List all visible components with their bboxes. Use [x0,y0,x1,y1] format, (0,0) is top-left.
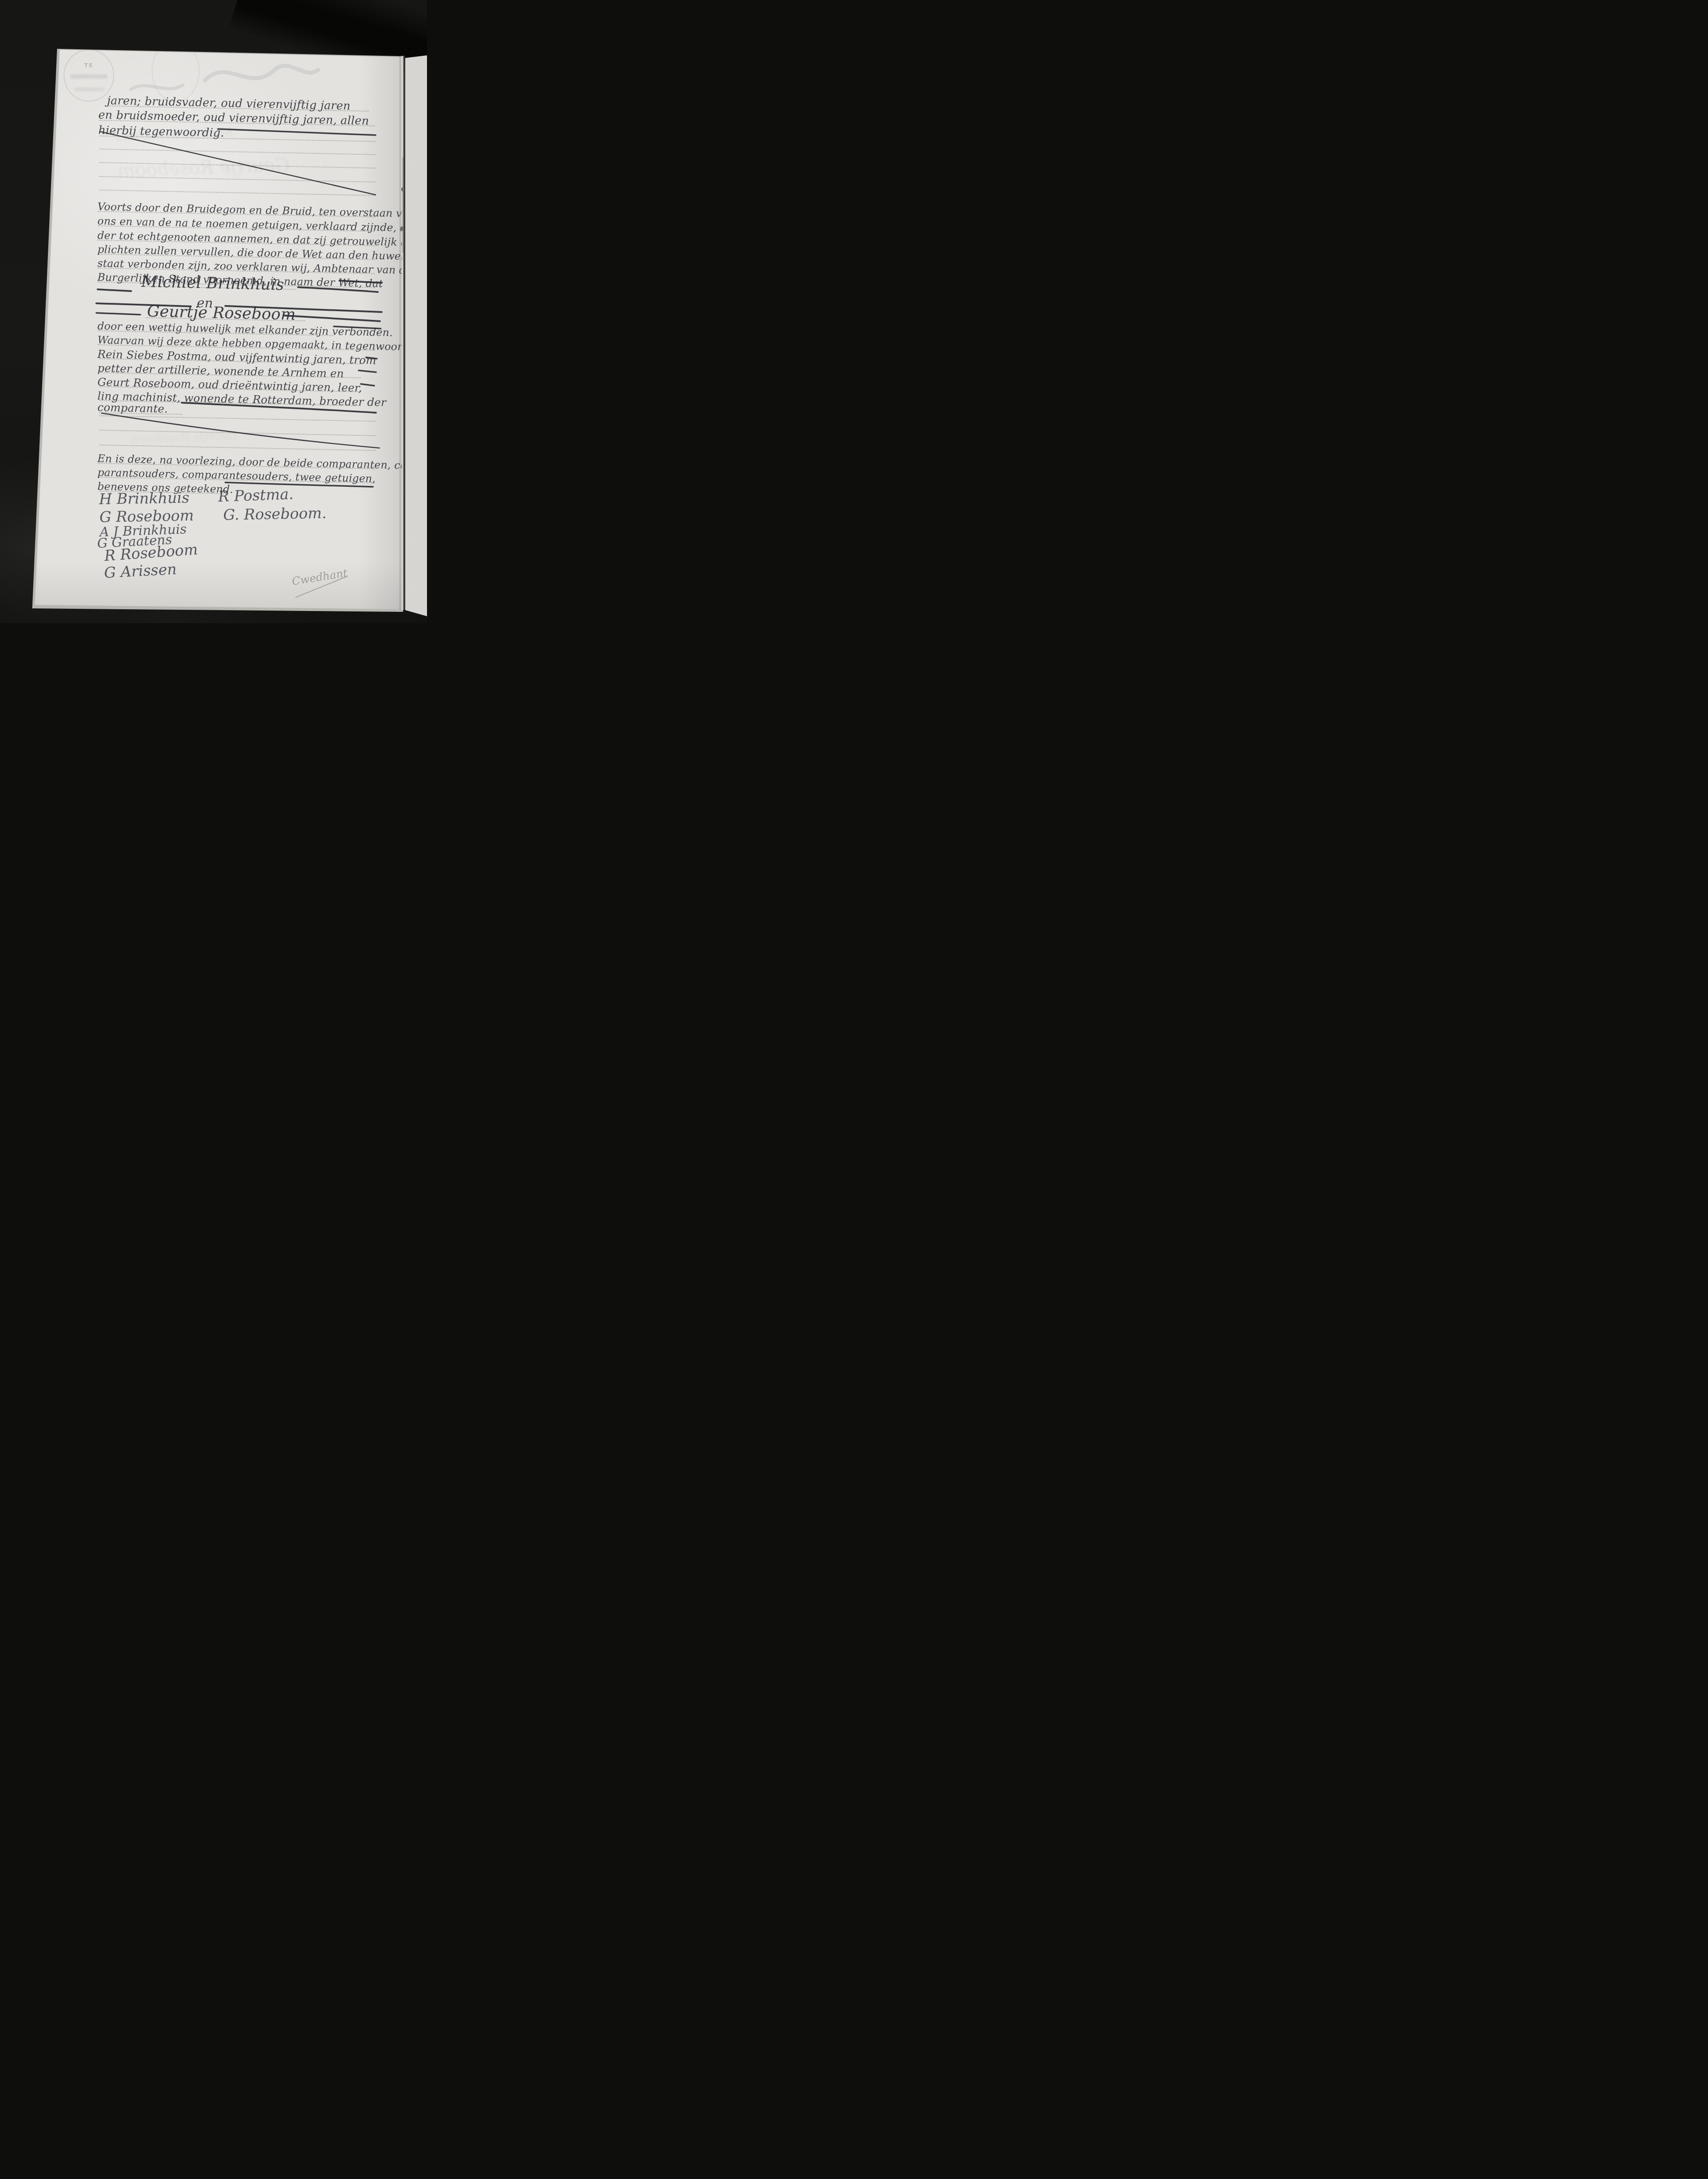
photographed-register-scene: TE Michiel Brinkhuis Geurtje Roseboom Ge… [0,0,427,623]
signature: G Arissen [104,560,177,582]
binding-thread-knot [401,227,404,231]
signature: G. Roseboom. [223,505,327,524]
stamp-illegible-text [75,88,105,91]
archive-stamp-right [152,40,200,102]
bleed-through-flourish [205,66,318,81]
ruled-dotted-line [99,149,376,155]
binding-thread-knot [401,187,404,191]
filler-stroke [218,129,376,135]
filler-stroke [359,370,376,372]
archive-stamp-left: TE [64,49,114,102]
filler-stroke [96,313,140,315]
binding-gutter [400,56,405,610]
binding-thread [403,157,403,253]
ruled-dotted-line [99,445,376,451]
filler-stroke [98,289,131,291]
signature: R Postma. [218,485,294,506]
stamp-text: TE [64,62,113,69]
certificate-page: TE Michiel Brinkhuis Geurtje Roseboom Ge… [0,0,427,623]
ruled-dotted-line [99,415,376,422]
registrar-pencil-signature: Cwedhant [291,567,348,588]
filler-stroke [361,384,374,386]
ruled-dotted-line [99,190,376,196]
stamp-illegible-text [71,75,107,78]
